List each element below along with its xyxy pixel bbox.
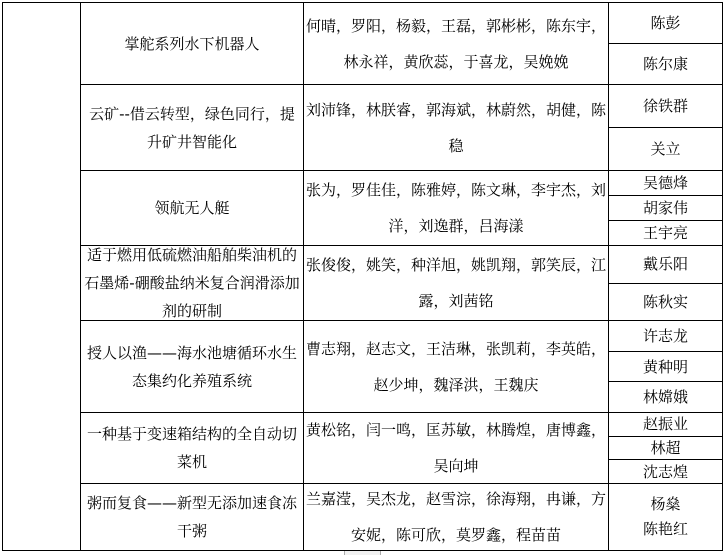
advisor-subcell: 陈秋实 [609,284,722,321]
advisor-subcell: 关立 [609,128,722,170]
advisors-cell: 吴德烽 胡家伟 王宇亮 [609,171,722,245]
scrollbar-fragment[interactable] [344,551,381,555]
empty-column-cell [3,3,81,550]
advisor-subcell: 林超 [609,437,722,461]
advisors-cell: 戴乐阳 陈秋实 [609,246,722,320]
table-row: 授人以渔——海水池塘循环水生态集约化养殖系统 曹志翔，赵志文，王洁琳，张凯莉，李… [81,321,722,413]
advisors-cell: 陈彭 陈尔康 [609,3,722,84]
advisor-subcell: 陈尔康 [609,44,722,84]
advisors-cell: 杨燊 陈艳红 [609,484,722,550]
advisor-subcell: 赵振业 [609,413,722,437]
advisor-subcell: 许志龙 [609,321,722,352]
table-row: 掌舵系列水下机器人 何晴，罗阳，杨毅，王磊，郭彬彬，陈东宇，林永祥，黄欣蕊，于喜… [81,3,722,85]
projects-table: 掌舵系列水下机器人 何晴，罗阳，杨毅，王磊，郭彬彬，陈东宇，林永祥，黄欣蕊，于喜… [2,2,723,551]
project-title-cell: 掌舵系列水下机器人 [81,3,304,84]
table-row: 适于燃用低硫燃油船舶柴油机的石墨烯-硼酸盐纳米复合润滑添加剂的研制 张俊俊，姚笑… [81,246,722,321]
table-row: 云矿--借云转型，绿色同行，提升矿井智能化 刘沛锋，林朕睿，郭海斌，林蔚然，胡健… [81,85,722,171]
advisors-cell: 赵振业 林超 沈志煌 [609,413,722,483]
table-body: 掌舵系列水下机器人 何晴，罗阳，杨毅，王磊，郭彬彬，陈东宇，林永祥，黄欣蕊，于喜… [81,3,722,550]
advisor-subcell: 黄种明 [609,352,722,383]
members-cell: 曹志翔，赵志文，王洁琳，张凯莉，李英皓，赵少坤，魏泽洪，王魏庆 [304,321,609,412]
screen: 掌舵系列水下机器人 何晴，罗阳，杨毅，王磊，郭彬彬，陈东宇，林永祥，黄欣蕊，于喜… [0,0,725,555]
advisor-subcell: 戴乐阳 [609,246,722,284]
table-row: 粥而复食——新型无添加速食冻干粥 兰嘉滢，吴杰龙，赵雪淙，徐海翔，冉谦，方安妮，… [81,484,722,550]
advisor-name: 杨燊 [650,492,680,517]
project-title-cell: 适于燃用低硫燃油船舶柴油机的石墨烯-硼酸盐纳米复合润滑添加剂的研制 [81,246,304,320]
advisor-subcell: 吴德烽 [609,171,722,196]
table-row: 领航无人艇 张为，罗佳佳，陈雅婷，陈文琳，李宇杰，刘洋，刘逸群，吕海漾 吴德烽 … [81,171,722,246]
members-cell: 何晴，罗阳，杨毅，王磊，郭彬彬，陈东宇，林永祥，黄欣蕊，于喜龙，吴娩娩 [304,3,609,84]
project-title-cell: 领航无人艇 [81,171,304,245]
project-title-cell: 授人以渔——海水池塘循环水生态集约化养殖系统 [81,321,304,412]
advisor-subcell: 林嫦娥 [609,382,722,412]
advisors-cell: 徐铁群 关立 [609,85,722,170]
project-title-cell: 云矿--借云转型，绿色同行，提升矿井智能化 [81,85,304,170]
members-cell: 张为，罗佳佳，陈雅婷，陈文琳，李宇杰，刘洋，刘逸群，吕海漾 [304,171,609,245]
members-cell: 张俊俊，姚笑，种洋旭，姚凯翔，郭笑辰，江露，刘茜铭 [304,246,609,320]
advisor-subcell: 王宇亮 [609,221,722,245]
advisor-name: 陈艳红 [643,517,688,542]
members-cell: 黄松铭，闫一鸣，匡苏敏，林腾煌，唐博鑫，吴向坤 [304,413,609,483]
advisor-subcell: 徐铁群 [609,85,722,128]
advisor-merged-cell: 杨燊 陈艳红 [609,484,722,550]
project-title-cell: 一种基于变速箱结构的全自动切菜机 [81,413,304,483]
members-cell: 兰嘉滢，吴杰龙，赵雪淙，徐海翔，冉谦，方安妮，陈可欣，莫罗鑫，程苗苗 [304,484,609,550]
project-title-cell: 粥而复食——新型无添加速食冻干粥 [81,484,304,550]
table-row: 一种基于变速箱结构的全自动切菜机 黄松铭，闫一鸣，匡苏敏，林腾煌，唐博鑫，吴向坤… [81,413,722,484]
advisor-subcell: 胡家伟 [609,196,722,221]
members-cell: 刘沛锋，林朕睿，郭海斌，林蔚然，胡健，陈稳 [304,85,609,170]
advisors-cell: 许志龙 黄种明 林嫦娥 [609,321,722,412]
advisor-subcell: 沈志煌 [609,460,722,483]
advisor-subcell: 陈彭 [609,3,722,44]
